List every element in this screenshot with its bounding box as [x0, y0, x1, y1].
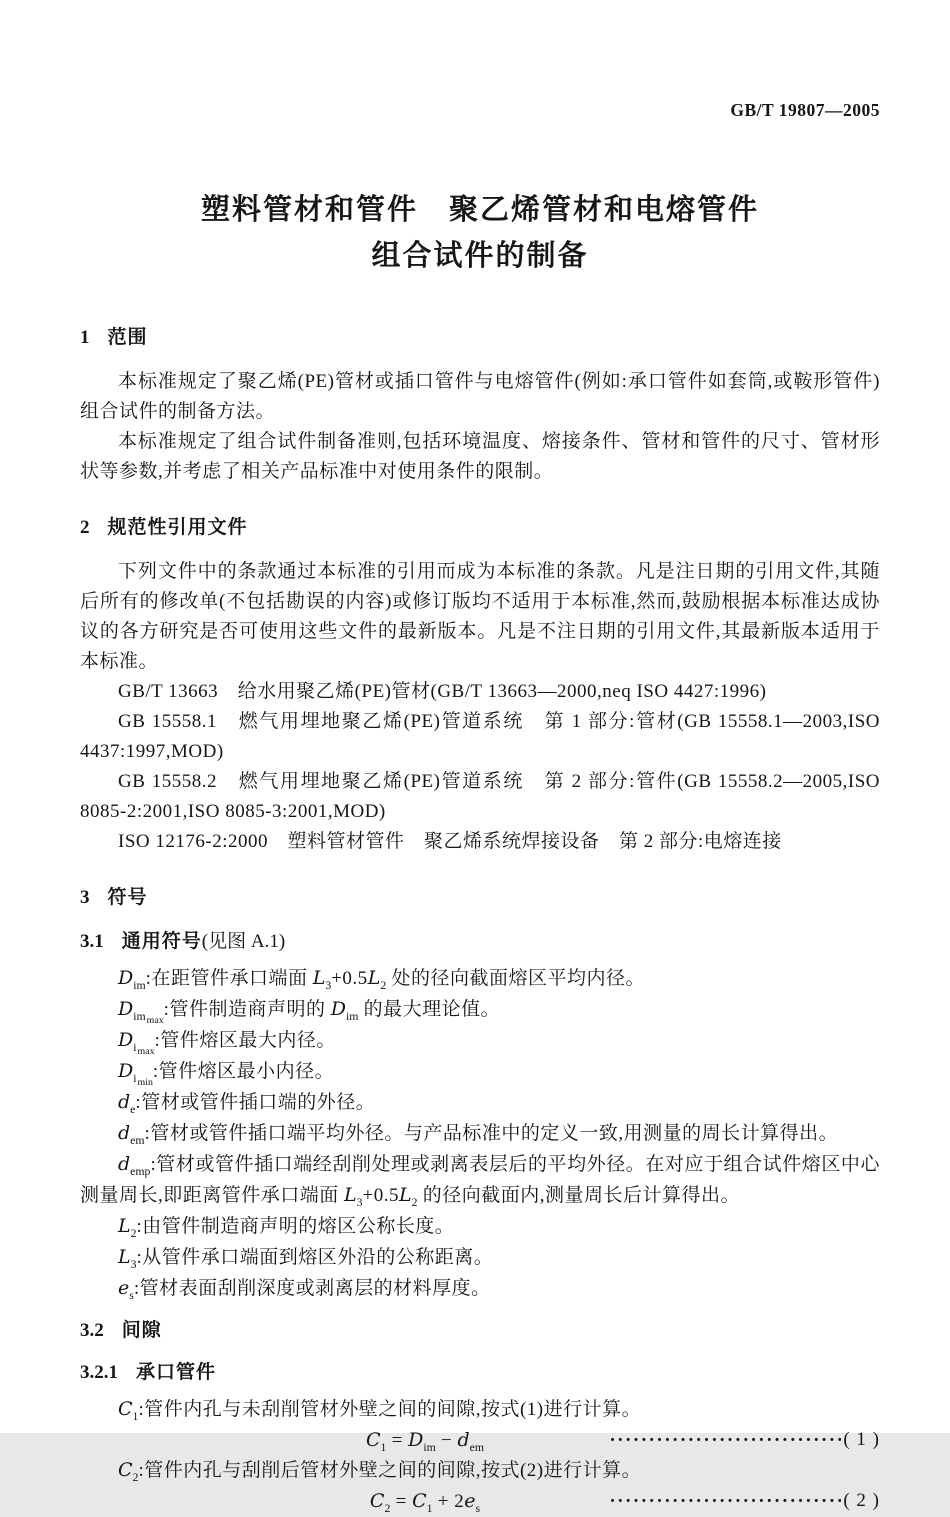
equation-2-right: ········································…	[609, 1486, 880, 1517]
doc-title-line1: 塑料管材和管件 聚乙烯管材和电熔管件	[80, 187, 880, 233]
symbol-definition: Dimin:管件熔区最小内径。	[80, 1056, 880, 1087]
document-body: 1范围 本标准规定了聚乙烯(PE)管材或插口管件与电熔管件(例如:承口管件如套筒…	[80, 323, 880, 1516]
document-title: 塑料管材和管件 聚乙烯管材和电熔管件 组合试件的制备	[80, 187, 880, 279]
symbol-definition: Dim:在距管件承口端面 L3+0.5L2 处的径向截面熔区平均内径。	[80, 963, 880, 994]
section-1-title: 范围	[108, 327, 148, 348]
symbol-desc: 管件内孔与刮削后管材外壁之间的间隙,按式(2)进行计算。	[144, 1460, 641, 1481]
symbol-desc: 由管件制造商声明的熔区公称长度。	[142, 1216, 454, 1237]
section-3-2-heading: 3.2间隙	[80, 1316, 880, 1346]
symbol-definition: Dimax:管件熔区最大内径。	[80, 1025, 880, 1056]
section-3-heading: 3符号	[80, 883, 880, 913]
section-1-number: 1	[80, 327, 90, 348]
symbol-term: C1:	[118, 1399, 144, 1420]
symbol-term: C2:	[118, 1460, 144, 1481]
symbol-desc: 管件熔区最大内径。	[160, 1030, 336, 1051]
symbol-definition: de:管材或管件插口端的外径。	[80, 1087, 880, 1118]
section-3-1-title: 通用符号	[122, 931, 202, 952]
section-3-2-1-title: 承口管件	[136, 1362, 216, 1383]
symbol-term: dem:	[118, 1123, 150, 1144]
section-1-heading: 1范围	[80, 323, 880, 353]
symbol-definition: L3:从管件承口端面到熔区外沿的公称距离。	[80, 1242, 880, 1273]
equation-1-number: ( 1 )	[843, 1429, 880, 1450]
section-2-title: 规范性引用文件	[108, 517, 248, 538]
symbol-desc: 管材或管件插口端的外径。	[141, 1092, 375, 1113]
equation-1-right: ········································…	[609, 1425, 880, 1456]
reference-item-2: GB 15558.1 燃气用埋地聚乙烯(PE)管道系统 第 1 部分:管材(GB…	[80, 707, 880, 767]
section-3-1-suffix: (见图 A.1)	[202, 931, 285, 952]
symbol-desc: 在距管件承口端面 L3+0.5L2 处的径向截面熔区平均内径。	[151, 968, 645, 989]
symbol-term: Dimmax:	[118, 999, 169, 1020]
standard-code: GB/T 19807—2005	[80, 95, 880, 125]
symbol-desc: 管材表面刮削深度或剥离层的材料厚度。	[140, 1278, 491, 1299]
symbol-term: L2:	[118, 1216, 142, 1237]
section-3-2-number: 3.2	[80, 1320, 104, 1341]
symbol-term: Dim:	[118, 968, 151, 989]
references-intro: 下列文件中的条款通过本标准的引用而成为本标准的条款。凡是注日期的引用文件,其随后…	[80, 557, 880, 677]
reference-item-1: GB/T 13663 给水用聚乙烯(PE)管材(GB/T 13663—2000,…	[80, 677, 880, 707]
symbol-desc: 管材或管件插口端平均外径。与产品标准中的定义一致,用测量的周长计算得出。	[150, 1123, 838, 1144]
symbol-desc: 管件熔区最小内径。	[159, 1061, 335, 1082]
section-3-2-title: 间隙	[122, 1320, 162, 1341]
symbol-definition: es:管材表面刮削深度或剥离层的材料厚度。	[80, 1273, 880, 1304]
symbol-term: de:	[118, 1092, 141, 1113]
symbol-desc: 管材或管件插口端经刮削处理或剥离表层后的平均外径。在对应于组合试件熔区中心测量周…	[80, 1154, 880, 1206]
section-3-title: 符号	[108, 887, 148, 908]
section-3-1-heading: 3.1通用符号(见图 A.1)	[80, 927, 880, 957]
section-3-number: 3	[80, 887, 90, 908]
symbol-desc: 管件内孔与未刮削管材外壁之间的间隙,按式(1)进行计算。	[144, 1399, 641, 1420]
equation-2-leader: ········································…	[609, 1487, 841, 1517]
symbol-desc: 从管件承口端面到熔区外沿的公称距离。	[142, 1247, 493, 1268]
symbol-definition: dem:管材或管件插口端平均外径。与产品标准中的定义一致,用测量的周长计算得出。	[80, 1118, 880, 1149]
doc-title-line2: 组合试件的制备	[80, 233, 880, 279]
equation-1-leader: ········································…	[609, 1426, 841, 1456]
equation-1: C1 = Dim − dem ·························…	[80, 1425, 880, 1455]
symbol-definition: Dimmax:管件制造商声明的 Dim 的最大理论值。	[80, 994, 880, 1025]
scope-paragraph-1: 本标准规定了聚乙烯(PE)管材或插口管件与电熔管件(例如:承口管件如套筒,或鞍形…	[80, 367, 880, 427]
equation-2: C2 = C1 + 2es ··························…	[80, 1486, 880, 1516]
symbol-term: es:	[118, 1278, 140, 1299]
section-3-1-number: 3.1	[80, 931, 104, 952]
equation-1-formula: C1 = Dim − dem	[366, 1430, 594, 1451]
equation-2-number: ( 2 )	[843, 1490, 880, 1511]
section-2-heading: 2规范性引用文件	[80, 513, 880, 543]
scope-paragraph-2: 本标准规定了组合试件制备准则,包括环境温度、熔接条件、管材和管件的尺寸、管材形状…	[80, 427, 880, 487]
symbol-term: demp:	[118, 1154, 156, 1175]
c2-definition: C2:管件内孔与刮削后管材外壁之间的间隙,按式(2)进行计算。	[80, 1455, 880, 1486]
section-3-2-1-number: 3.2.1	[80, 1362, 118, 1383]
symbol-term: Dimin:	[118, 1061, 159, 1082]
section-3-2-1-heading: 3.2.1承口管件	[80, 1358, 880, 1388]
reference-item-4: ISO 12176-2:2000 塑料管材管件 聚乙烯系统焊接设备 第 2 部分…	[80, 827, 880, 857]
equation-2-formula: C2 = C1 + 2es	[370, 1491, 590, 1512]
symbol-term: Dimax:	[118, 1030, 160, 1051]
symbol-desc: 管件制造商声明的 Dim 的最大理论值。	[169, 999, 500, 1020]
c1-definition: C1:管件内孔与未刮削管材外壁之间的间隙,按式(1)进行计算。	[80, 1394, 880, 1425]
symbol-definition: L2:由管件制造商声明的熔区公称长度。	[80, 1211, 880, 1242]
section-2-number: 2	[80, 517, 90, 538]
symbol-definition: demp:管材或管件插口端经刮削处理或剥离表层后的平均外径。在对应于组合试件熔区…	[80, 1149, 880, 1211]
document-page: GB/T 19807—2005 塑料管材和管件 聚乙烯管材和电熔管件 组合试件的…	[0, 0, 950, 1433]
symbol-term: L3:	[118, 1247, 142, 1268]
reference-item-3: GB 15558.2 燃气用埋地聚乙烯(PE)管道系统 第 2 部分:管件(GB…	[80, 767, 880, 827]
